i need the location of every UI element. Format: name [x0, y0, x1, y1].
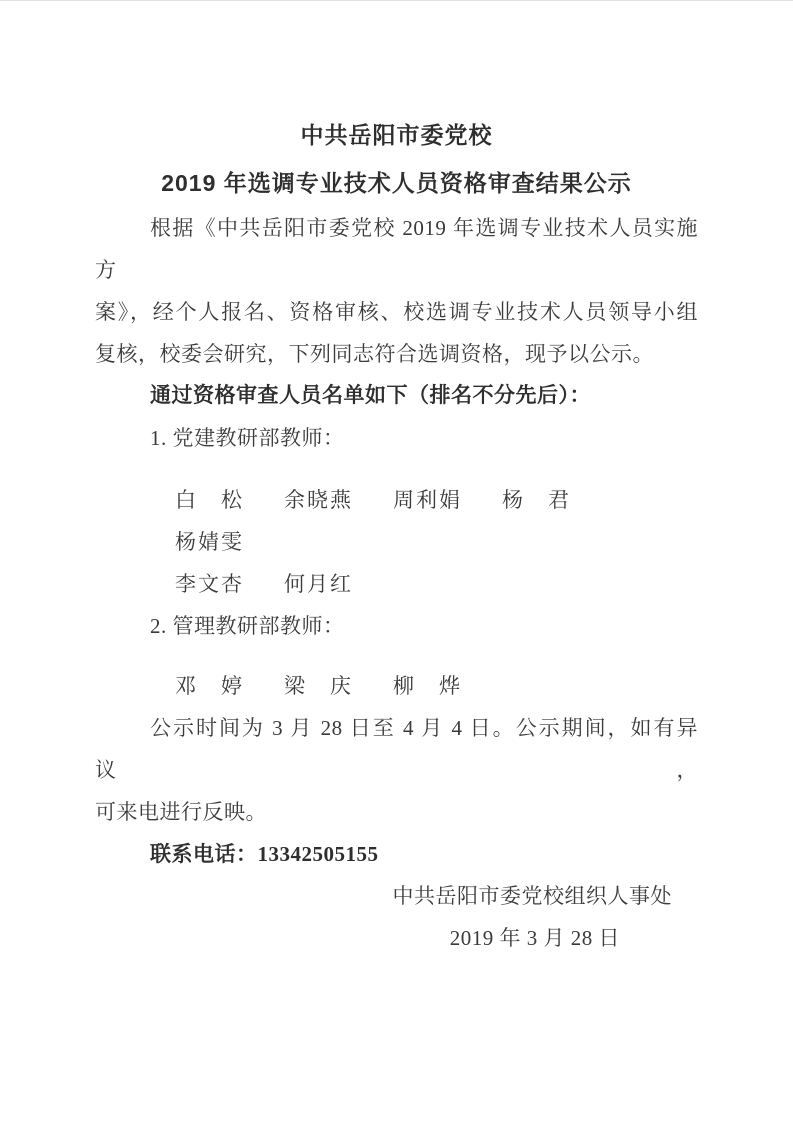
- person-name: 白 松: [175, 479, 244, 521]
- group2-heading: 2. 管理教研部教师：: [95, 605, 698, 647]
- signature-org: 中共岳阳市委党校组织人事处: [95, 875, 698, 917]
- person-name: 邓 婷: [175, 665, 244, 707]
- person-name: 梁 庆: [284, 665, 353, 707]
- list-heading: 通过资格审查人员名单如下（排名不分先后）：: [95, 375, 698, 417]
- signature-date: 2019 年 3 月 28 日: [95, 917, 698, 959]
- intro-paragraph-line3: 复核，校委会研究，下列同志符合选调资格，现予以公示。: [95, 333, 698, 375]
- person-name: 何月红: [284, 563, 353, 605]
- person-name: 余晓燕: [284, 479, 353, 521]
- notice-line1: 公示时间为 3 月 28 日至 4 月 4 日。公示期间，如有异议，: [95, 707, 698, 791]
- group1-names-row2: 李文杏何月红: [95, 563, 698, 605]
- document-page: 中共岳阳市委党校 2019 年选调专业技术人员资格审查结果公示 根据《中共岳阳市…: [0, 0, 793, 1122]
- intro-paragraph-line2: 案》，经个人报名、资格审核、校选调专业技术人员领导小组: [95, 291, 698, 333]
- person-name: 李文杏: [175, 563, 244, 605]
- contact-phone-line: 联系电话：13342505155: [95, 833, 698, 875]
- person-name: 周利娟: [393, 479, 462, 521]
- group2-names-row1: 邓 婷梁 庆柳 烨: [95, 665, 698, 707]
- group1-names-row1: 白 松余晓燕周利娟杨 君杨婧雯: [95, 479, 698, 563]
- person-name: 杨婧雯: [175, 521, 244, 563]
- document-title-line1: 中共岳阳市委党校: [95, 111, 698, 159]
- person-name: 杨 君: [502, 479, 571, 521]
- document-title-line2: 2019 年选调专业技术人员资格审查结果公示: [95, 159, 698, 207]
- notice-line2: 可来电进行反映。: [95, 791, 698, 833]
- person-name: 柳 烨: [393, 665, 462, 707]
- intro-paragraph-line1: 根据《中共岳阳市委党校 2019 年选调专业技术人员实施方: [95, 207, 698, 291]
- group1-heading: 1. 党建教研部教师：: [95, 417, 698, 459]
